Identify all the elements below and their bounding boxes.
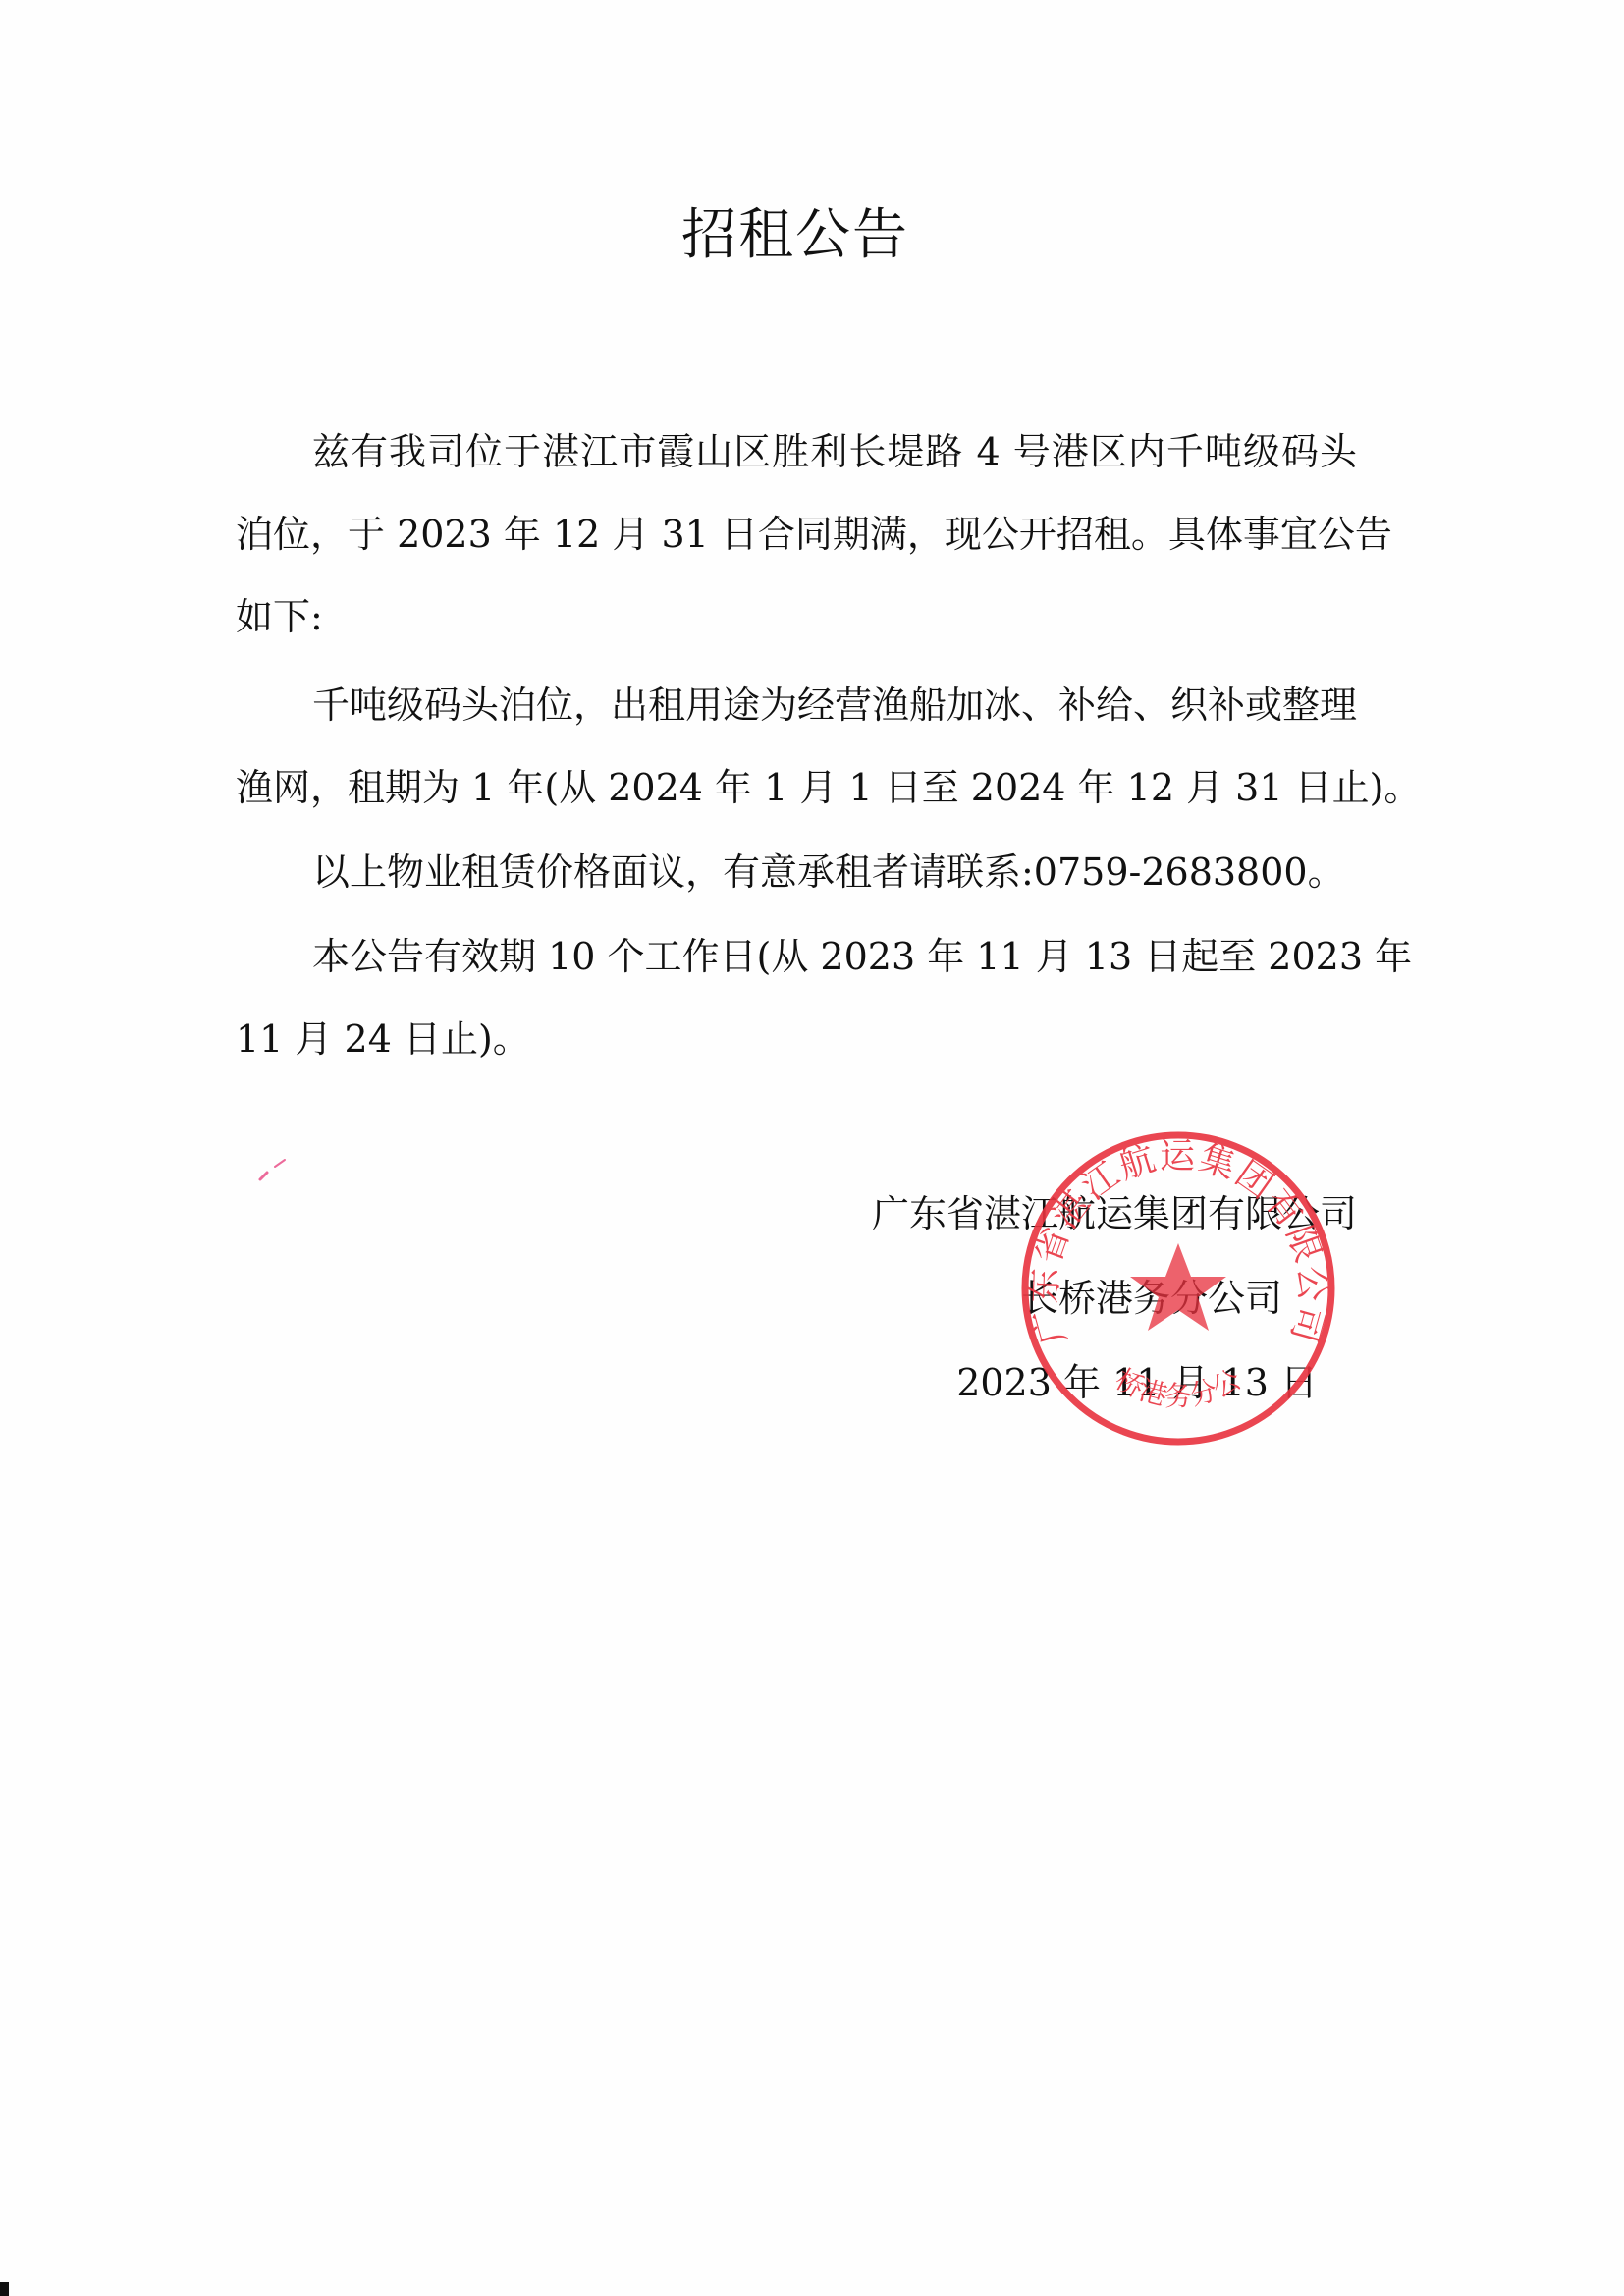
stray-ink-mark: [257, 1151, 297, 1190]
paragraph-1-line-2: 泊位，于 2023 年 12 月 31 日合同期满，现公开招租。具体事宜公告: [236, 513, 1357, 556]
document-title: 招租公告: [677, 201, 913, 270]
signature-branch: 长桥港务分公司: [1021, 1277, 1282, 1320]
signature-date: 2023 年 11 月 13 日: [956, 1361, 1318, 1404]
document-page: 招租公告 兹有我司位于湛江市霞山区胜利长堤路 4 号港区内千吨级码头 泊位，于 …: [0, 0, 1624, 2296]
scan-edge-artifact: [0, 2282, 9, 2296]
paragraph-1-line-3: 如下:: [236, 595, 323, 638]
paragraph-1-line-1: 兹有我司位于湛江市霞山区胜利长堤路 4 号港区内千吨级码头: [312, 430, 1357, 473]
paragraph-4-line-1: 本公告有效期 10 个工作日(从 2023 年 11 月 13 日起至 2023…: [312, 935, 1357, 978]
paragraph-3-line-1: 以上物业租赁价格面议，有意承租者请联系:0759-2683800。: [312, 850, 1300, 894]
signature-company: 广东省湛江航运集团有限公司: [872, 1192, 1357, 1235]
paragraph-2-line-2: 渔网，租期为 1 年(从 2024 年 1 月 1 日至 2024 年 12 月…: [236, 766, 1327, 809]
paragraph-4-line-2: 11 月 24 日止)。: [236, 1017, 503, 1061]
paragraph-2-line-1: 千吨级码头泊位，出租用途为经营渔船加冰、补给、织补或整理: [312, 683, 1357, 727]
